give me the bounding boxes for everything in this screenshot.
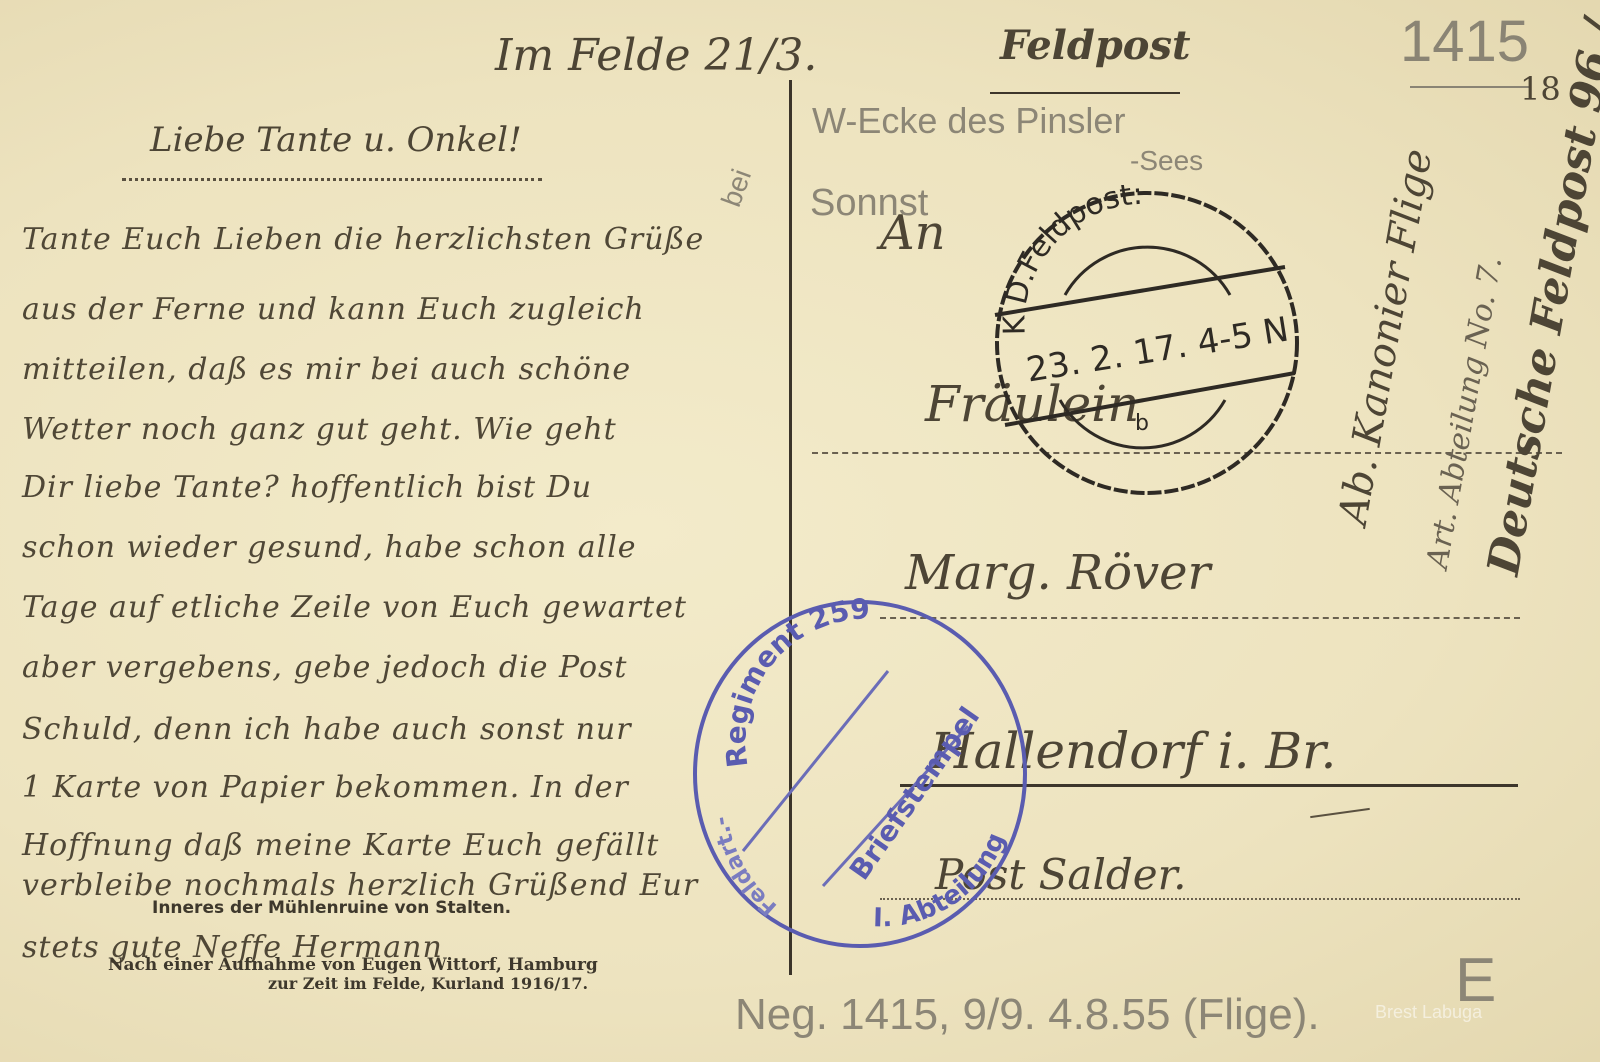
letter-line: Wetter noch ganz gut geht. Wie geht — [22, 412, 617, 447]
archive-number-rule — [1410, 86, 1530, 88]
pencil-location-line2: -Sees — [1130, 145, 1203, 177]
letter-line: 1 Karte von Papier bekommen. In der — [22, 770, 629, 805]
stamp-center: Briefstempel — [843, 701, 986, 886]
letter-line: Tage auf etliche Zeile von Euch gewartet — [22, 590, 687, 625]
address-prefix: An — [880, 205, 946, 261]
letter-line: Hoffnung daß meine Karte Euch gefällt — [22, 828, 659, 863]
postcard: Im Felde 21/3. Liebe Tante u. Onkel! Tan… — [0, 0, 1600, 1062]
watermark: Brest Labuga — [1375, 1002, 1482, 1023]
pen-stroke — [1310, 808, 1370, 818]
letter-line: schon wieder gesund, habe schon alle — [22, 530, 637, 565]
salutation-underline — [122, 178, 542, 181]
letter-line: Schuld, denn ich habe auch sonst nur — [22, 712, 632, 747]
letter-line: aus der Ferne und kann Euch zugleich — [22, 292, 645, 327]
archive-note-bottom: Neg. 1415, 9/9. 4.8.55 (Flige). — [735, 990, 1320, 1040]
address-name: Marg. Röver — [905, 545, 1210, 601]
place-date-header: Im Felde 21/3. — [495, 30, 817, 81]
caption-location: zur Zeit im Felde, Kurland 1916/17. — [268, 974, 588, 993]
archive-number-side: 18 — [1520, 70, 1561, 108]
archive-number-top: 1415 — [1400, 8, 1529, 75]
salutation: Liebe Tante u. Onkel! — [150, 120, 522, 160]
postmark-bottom-letter: b — [1135, 411, 1149, 436]
letter-line: aber vergebens, gebe jedoch die Post — [22, 650, 627, 685]
letter-line: Tante Euch Lieben die herzlichsten Grüße — [22, 222, 704, 257]
letter-line: mitteilen, daß es mir bei auch schöne — [22, 352, 631, 387]
postmark-top-text: K.D.Feldpost: — [997, 185, 1143, 335]
svg-text:Regiment 259: Regiment 259 — [719, 596, 871, 769]
caption-title: Inneres der Mühlenruine von Stalten. — [152, 898, 511, 918]
svg-text:K.D.Feldpost:: K.D.Feldpost: — [997, 185, 1143, 335]
postmark-date: 23. 2. 17. 4-5 N — [1024, 310, 1292, 391]
pencil-location-line1: W-Ecke des Pinsler — [812, 100, 1125, 142]
feldpost-underline — [990, 92, 1180, 94]
stamp-blue-regimental: Regiment 259 I. Abteilung Feldart.- Brie… — [688, 596, 1033, 951]
letter-line: Dir liebe Tante? hoffentlich bist Du — [22, 470, 592, 505]
stamp-ring-top: Regiment 259 — [719, 596, 871, 769]
postmark-black: K.D.Feldpost: 23. 2. 17. 4-5 N b — [985, 185, 1305, 495]
sender-line-1: Ab. Kanonier Flige — [1330, 146, 1441, 528]
feldpost-header: Feldpost — [1000, 22, 1190, 69]
caption-credit: Nach einer Aufnahme von Eugen Wittorf, H… — [108, 955, 598, 975]
pencil-bei: bei — [715, 165, 758, 211]
